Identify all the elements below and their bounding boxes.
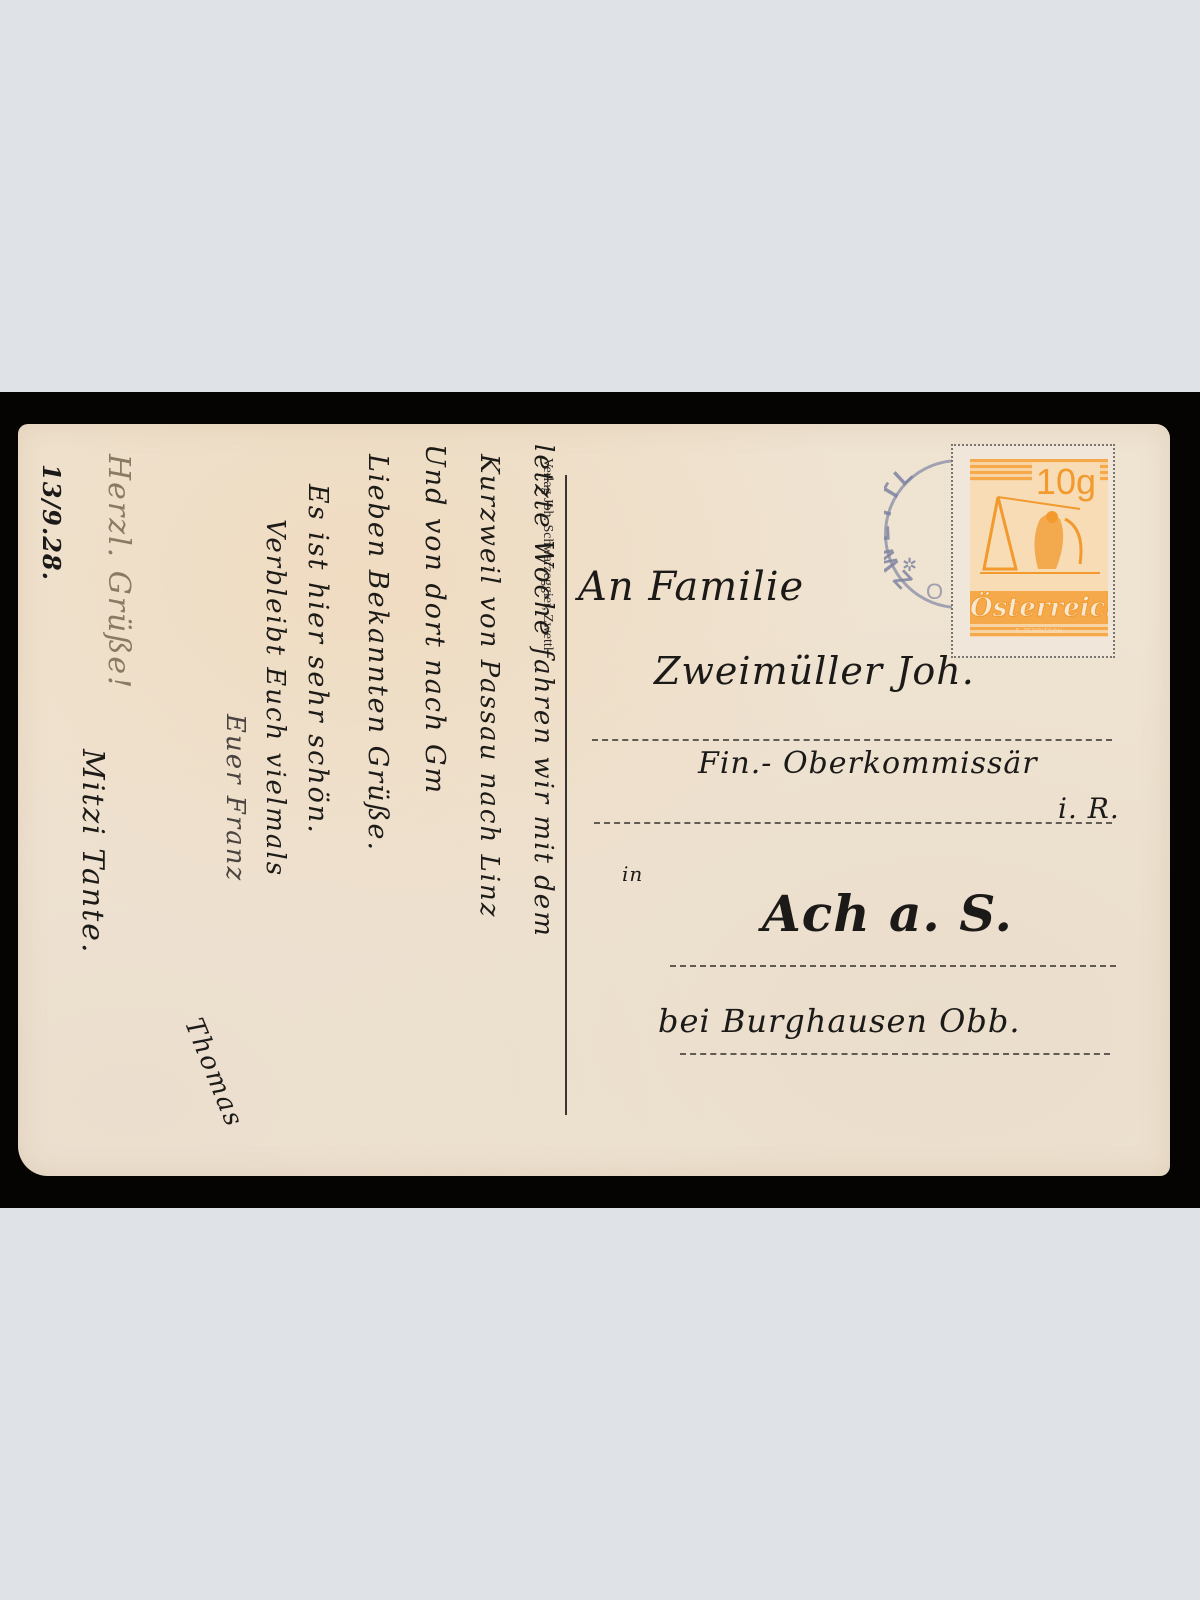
address-line-1a: An Familie bbox=[578, 564, 804, 610]
stamp-reaper-illustration-icon bbox=[980, 489, 1100, 579]
address-line-1b: Zweimüller Joh. bbox=[654, 649, 975, 693]
publisher-imprint-wrap: Verlag Joh. Schwarzeggier, Zwettl. bbox=[539, 458, 559, 758]
address-dotted-line-1 bbox=[592, 739, 1112, 741]
stamp-print-area: 10g Österreich F. ZERRITSCH bbox=[970, 459, 1108, 637]
svg-text:O: O bbox=[926, 579, 943, 604]
message-line-4: Lieben Bekannten Grüße. bbox=[362, 454, 393, 852]
address-line-4: bei Burghausen Obb. bbox=[658, 1002, 1021, 1040]
message-line-5: Es ist hier sehr schön. bbox=[302, 484, 333, 835]
message-line-2: Kurzweil von Passau nach Linz bbox=[474, 454, 504, 918]
stamp-value: 10g bbox=[1032, 463, 1100, 501]
message-line-greeting: Herzl. Grüße! bbox=[101, 454, 136, 690]
message-line-6: Verbleibt Euch vielmals bbox=[260, 519, 290, 877]
address-dotted-line-4 bbox=[680, 1053, 1110, 1055]
stamp-engraver: F. ZERRITSCH bbox=[970, 629, 1108, 635]
address-dotted-line-2 bbox=[594, 822, 1112, 824]
postage-stamp: 10g Österreich F. ZERRITSCH bbox=[952, 445, 1114, 657]
postcard: 13/9.28. Herzl. Grüße! Mitzi Tante. Euer… bbox=[18, 424, 1170, 1176]
address-line-3-prefix: in bbox=[622, 862, 643, 886]
publisher-imprint: Verlag Joh. Schwarzeggier, Zwettl. bbox=[539, 458, 555, 654]
message-signature: Thomas bbox=[178, 1014, 249, 1132]
address-dotted-line-3 bbox=[670, 965, 1116, 967]
postcard-divider-line bbox=[565, 475, 567, 1115]
message-line-sender: Mitzi Tante. bbox=[75, 749, 110, 955]
message-line-3: Und von dort nach Gm bbox=[419, 444, 450, 795]
svg-text:✲: ✲ bbox=[902, 555, 917, 576]
message-line-7: Euer Franz bbox=[220, 714, 250, 882]
message-date: 13/9.28. bbox=[37, 464, 66, 581]
stamp-country: Österreich bbox=[970, 593, 1108, 623]
address-line-3: Ach a. S. bbox=[762, 884, 1013, 943]
address-line-2b: i. R. bbox=[1058, 792, 1120, 825]
address-line-2a: Fin.- Oberkommissär bbox=[698, 746, 1038, 781]
